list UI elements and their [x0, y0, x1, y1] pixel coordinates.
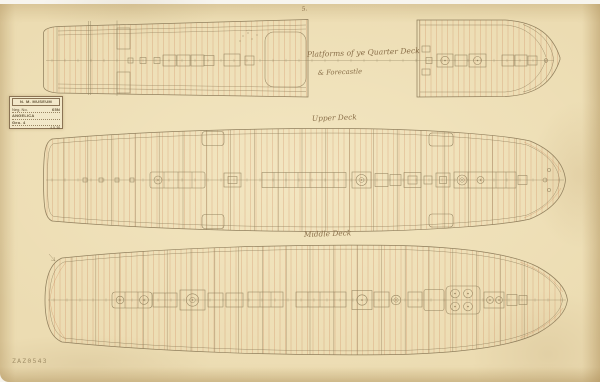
stamp-box-value: Geo. 4 [12, 120, 25, 126]
stamp-title: N. M. MUSEUM [12, 98, 60, 106]
stamp-date: 4.5.38 [12, 126, 60, 131]
catalog-number: ZAZ0543 [12, 357, 48, 365]
upper-deck-label: Upper Deck [312, 112, 358, 123]
handwritten-inscriptions: 5. Platforms of ye Quarter Deck & Foreca… [301, 5, 420, 239]
plan-title-line2: & Forecastle [318, 67, 362, 77]
scanned-ship-plan-sheet: 5. Platforms of ye Quarter Deck & Foreca… [0, 0, 600, 382]
museum-stamp: N. M. MUSEUM Neg. No. 65N ANGELICA Geo. … [9, 96, 63, 129]
stamp-neg-no-label: Neg. No. [12, 107, 28, 113]
ship-deck-plans-drawing: 5. Platforms of ye Quarter Deck & Foreca… [0, 0, 600, 382]
middle-deck-label: Middle Deck [303, 228, 352, 239]
plan-title-line1: Platforms of ye Quarter Deck [306, 46, 421, 59]
stamp-ship-name: ANGELICA [12, 113, 35, 119]
stamp-neg-no-value: 65N [52, 107, 60, 113]
deck-beam-lines [64, 126, 524, 358]
page-mark: 5. [301, 5, 308, 13]
